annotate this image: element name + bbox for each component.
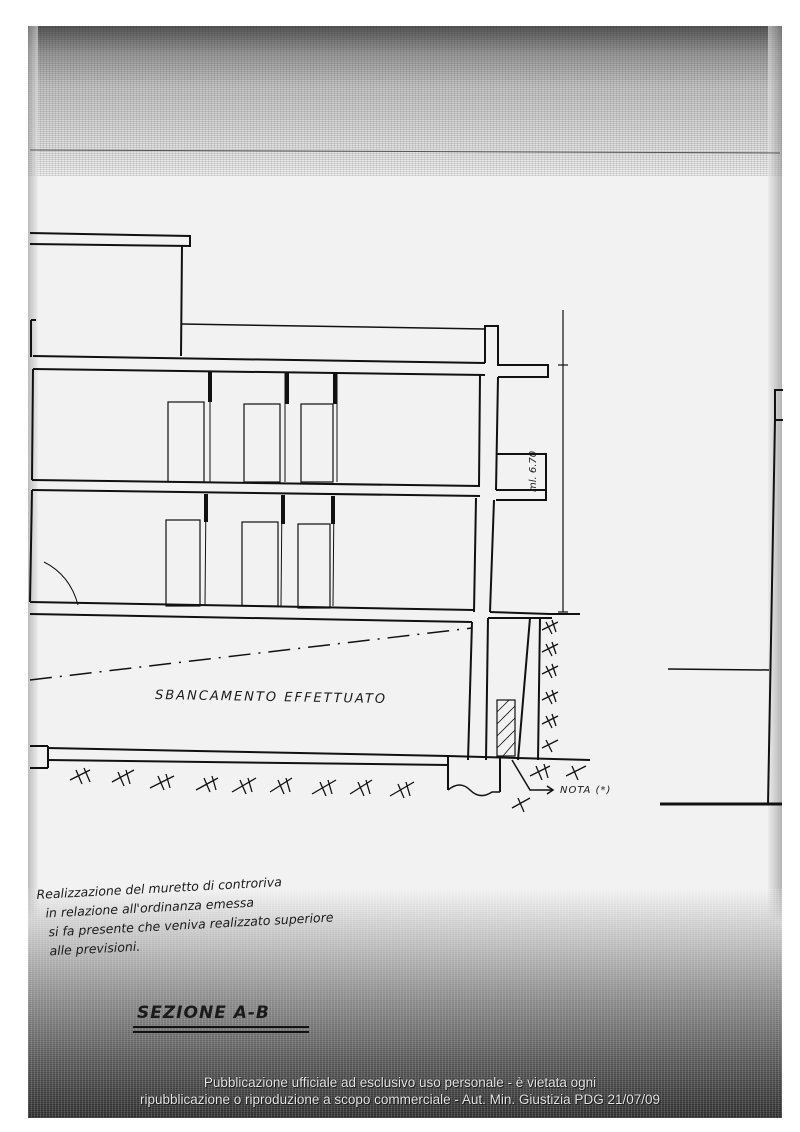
section-drawing: [0, 0, 800, 1132]
footer-disclaimer-line1: Pubblicazione ufficiale ad esclusivo uso…: [0, 1075, 800, 1090]
section-title: SEZIONE A-B: [137, 1003, 270, 1023]
title-underline: [133, 1031, 309, 1033]
footer-disclaimer-line2: ripubblicazione o riproduzione a scopo c…: [0, 1092, 800, 1107]
dimension-label: ml. 6.70: [528, 451, 539, 492]
upper-floor: [32, 369, 480, 486]
note-reference-label: NOTA (*): [560, 785, 611, 796]
handwritten-note: Realizzazione del muretto di controriva …: [36, 870, 335, 961]
roof-parapet: [30, 233, 190, 357]
lower-floor: [30, 490, 476, 612]
title-underline: [133, 1026, 309, 1028]
